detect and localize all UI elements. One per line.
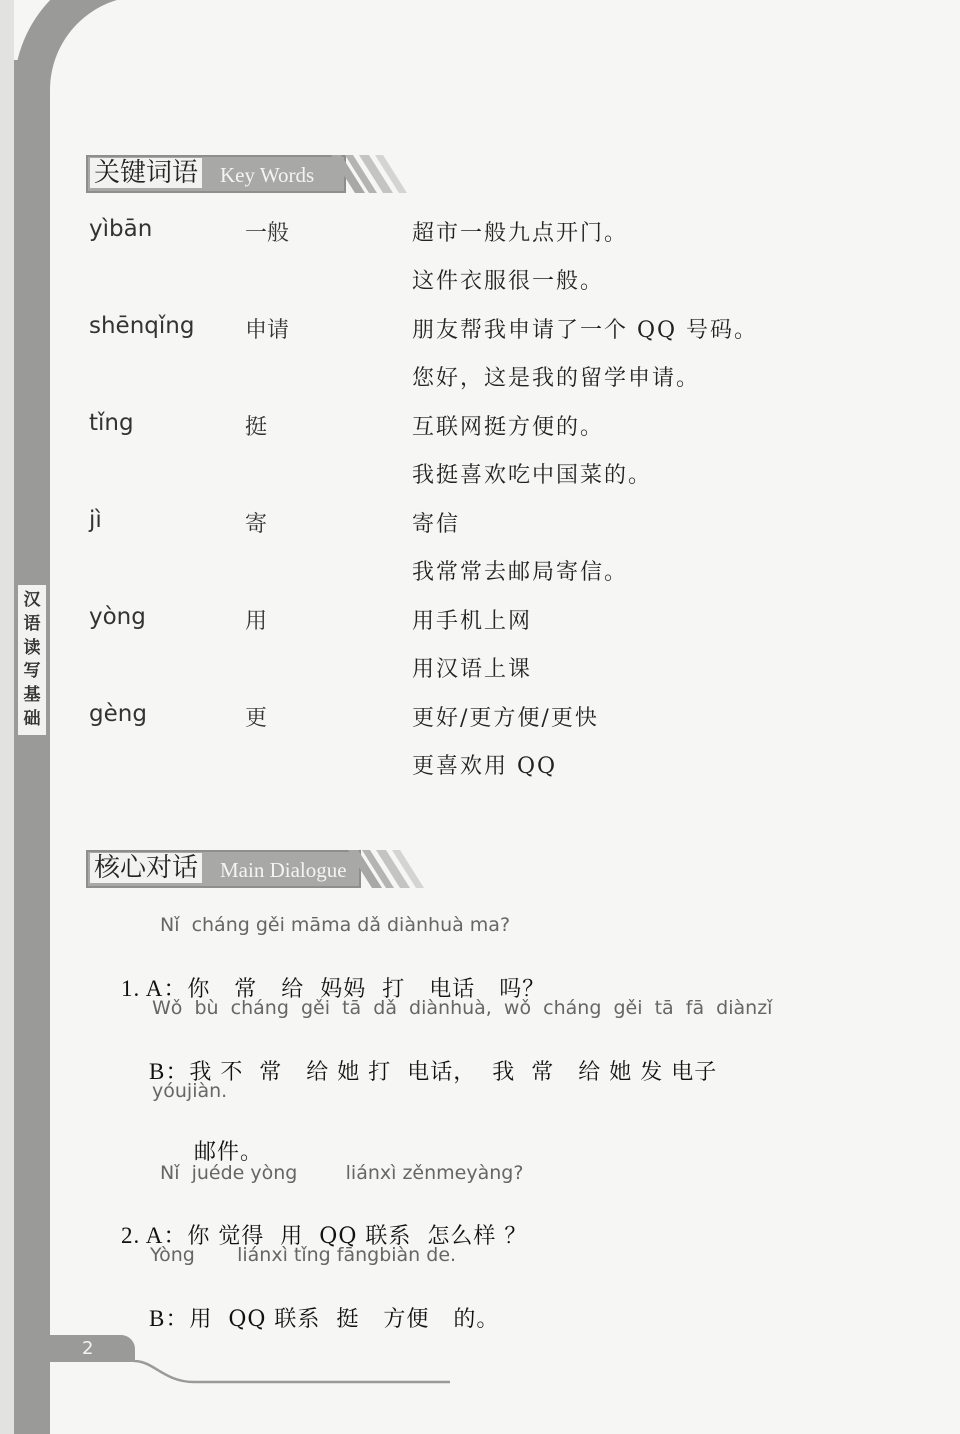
main-dialogue-title-en: Main Dialogue <box>220 858 347 883</box>
key-word-hanzi: 更 <box>245 701 267 732</box>
key-word-example: 朋友帮我申请了一个 QQ 号码。 <box>412 313 758 344</box>
key-word-example: 我挺喜欢吃中国菜的。 <box>412 458 652 489</box>
key-word-entry: tǐng 挺 互联网挺方便的。 <box>0 410 960 444</box>
key-words-title-cn: 关键词语 <box>90 158 202 188</box>
key-word-pinyin: yìbān <box>89 216 152 242</box>
key-word-example: 我常常去邮局寄信。 <box>412 555 628 586</box>
key-word-example: 互联网挺方便的。 <box>412 410 604 441</box>
dialogue-pinyin: Nǐ cháng gěi māma dǎ diànhuà ma? <box>160 914 510 936</box>
dialogue-pinyin: Wǒ bù cháng gěi tā dǎ diànhuà, wǒ cháng … <box>152 997 772 1019</box>
footer-rule-decoration <box>134 1360 450 1384</box>
dialogue-pinyin: Yòng liánxì tǐng fāngbiàn de. <box>150 1244 456 1266</box>
key-word-example-row: 用汉语上课 <box>0 652 960 686</box>
key-word-example-row: 我常常去邮局寄信。 <box>0 555 960 589</box>
key-word-hanzi: 一般 <box>245 216 289 247</box>
key-word-example: 这件衣服很一般。 <box>412 264 604 295</box>
dialogue-pinyin: yóujiàn. <box>152 1080 227 1102</box>
key-word-example: 更好/更方便/更快 <box>412 701 599 732</box>
key-word-example: 超市一般九点开门。 <box>412 216 628 247</box>
speaker-label: B： <box>149 1306 189 1331</box>
main-dialogue-title-cn: 核心对话 <box>90 853 202 883</box>
page-number-tab: 2 <box>50 1335 135 1362</box>
key-word-example: 用手机上网 <box>412 604 532 635</box>
main-dialogue-header: 核心对话 Main Dialogue <box>86 850 406 890</box>
key-word-pinyin: gèng <box>89 701 147 727</box>
key-word-example: 更喜欢用 QQ <box>412 749 557 780</box>
key-word-hanzi: 用 <box>245 604 267 635</box>
key-words-title-en: Key Words <box>220 163 314 188</box>
key-word-hanzi: 挺 <box>245 410 267 441</box>
key-word-entry: yòng 用 用手机上网 <box>0 604 960 638</box>
key-word-example: 寄信 <box>412 507 460 538</box>
key-word-hanzi: 申请 <box>245 313 289 344</box>
header-stripes-decoration <box>348 850 428 888</box>
key-word-entry: shēnqǐng 申请 朋友帮我申请了一个 QQ 号码。 <box>0 313 960 347</box>
key-word-example-row: 更喜欢用 QQ <box>0 749 960 783</box>
dialogue-pinyin: Nǐ juéde yòng liánxì zěnmeyàng? <box>160 1162 523 1184</box>
dialogue-line: B：用 QQ 联系 挺 方便 的。 <box>117 1275 499 1358</box>
key-word-pinyin: shēnqǐng <box>89 313 194 339</box>
header-stripes-decoration <box>331 155 411 193</box>
key-word-pinyin: jì <box>89 507 102 533</box>
page-number: 2 <box>82 1338 93 1359</box>
key-word-example: 用汉语上课 <box>412 652 532 683</box>
dialogue-hanzi: 用 QQ 联系 挺 方便 的。 <box>189 1307 499 1332</box>
key-word-pinyin: yòng <box>89 604 146 630</box>
key-word-example: 您好，这是我的留学申请。 <box>412 361 700 392</box>
key-word-example-row: 这件衣服很一般。 <box>0 264 960 298</box>
key-word-entry: jì 寄 寄信 <box>0 507 960 541</box>
key-word-entry: yìbān 一般 超市一般九点开门。 <box>0 216 960 250</box>
key-word-entry: gèng 更 更好/更方便/更快 <box>0 701 960 735</box>
dialogue-hanzi: 我 不 常 给 她 打 电话， 我 常 给 她 发 电子 <box>189 1060 717 1085</box>
key-word-hanzi: 寄 <box>245 507 267 538</box>
key-word-pinyin: tǐng <box>89 410 134 436</box>
key-words-header: 关键词语 Key Words <box>86 155 406 195</box>
key-word-example-row: 我挺喜欢吃中国菜的。 <box>0 458 960 492</box>
key-word-example-row: 您好，这是我的留学申请。 <box>0 361 960 395</box>
